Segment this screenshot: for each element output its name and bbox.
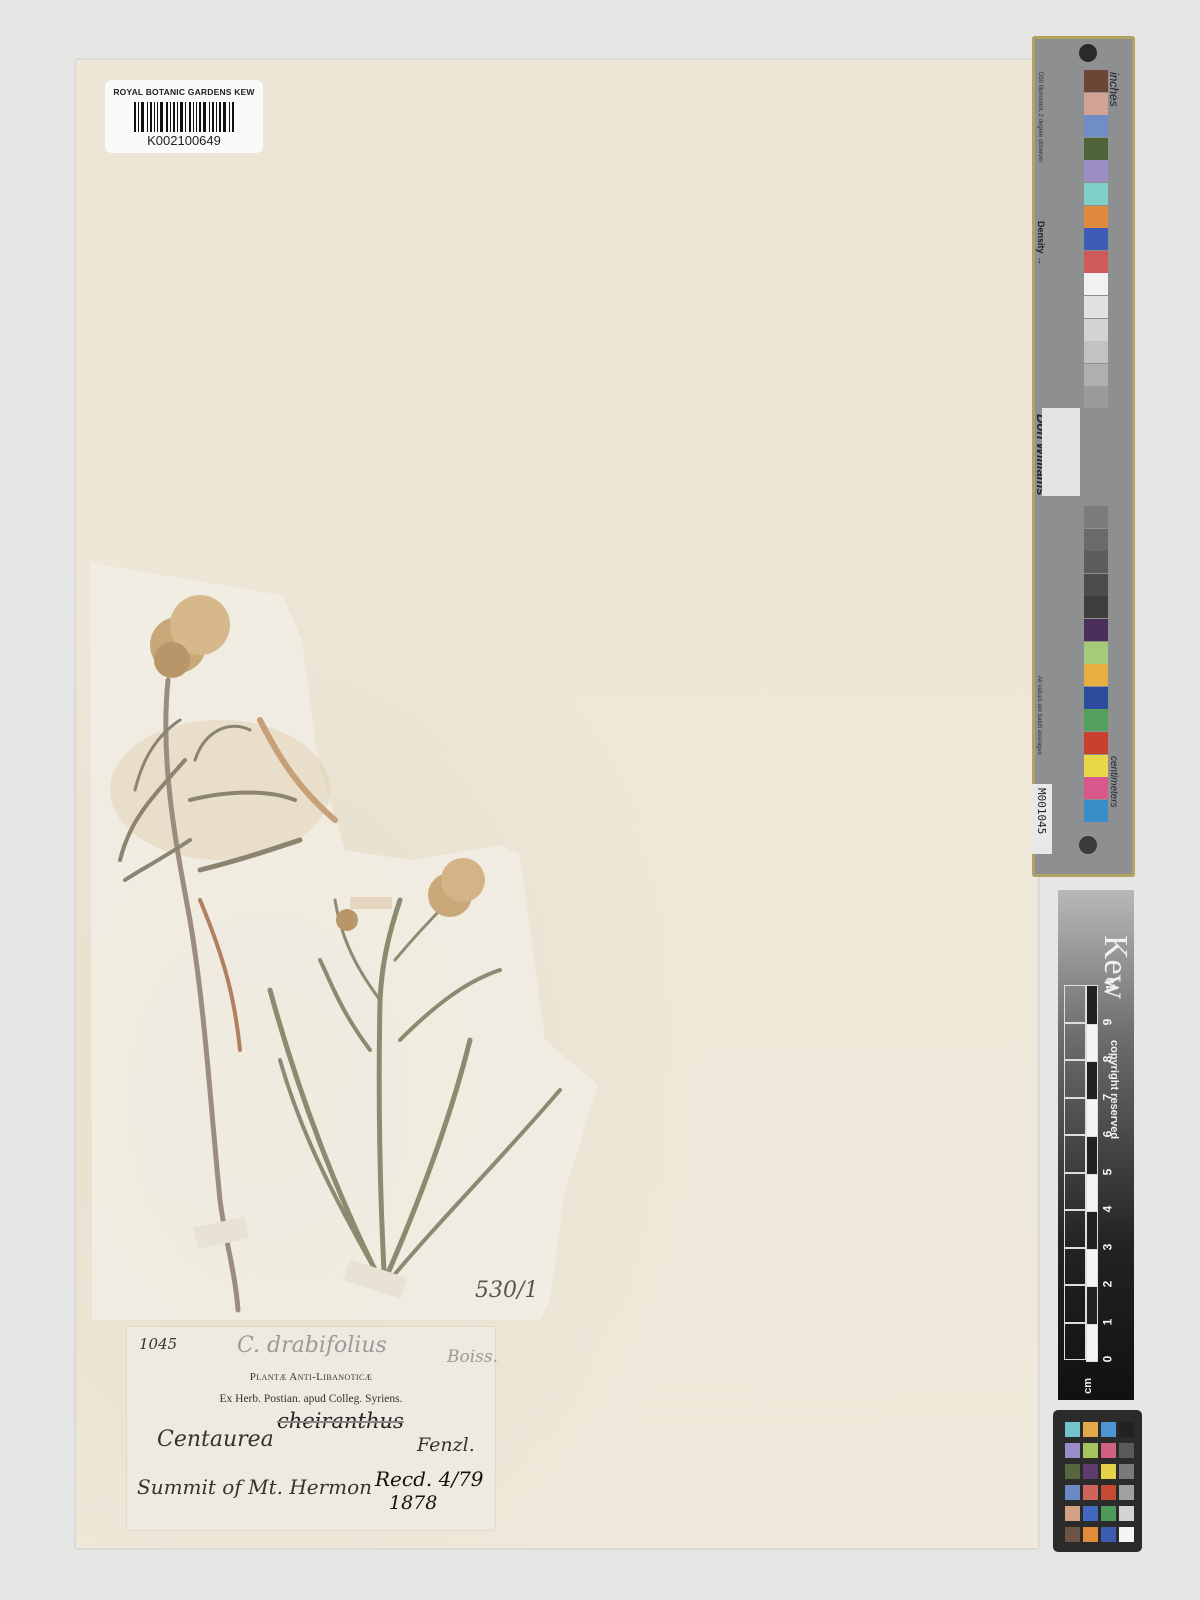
checker-chip xyxy=(1119,1506,1134,1521)
punch-hole-top xyxy=(1079,44,1097,62)
density-label: Density → xyxy=(1036,221,1046,265)
pencil-annotation: C. drabifolius xyxy=(237,1333,387,1358)
locality: Summit of Mt. Hermon xyxy=(137,1475,372,1499)
checker-chip xyxy=(1101,1485,1116,1500)
scale-box xyxy=(1064,1285,1086,1323)
strip-id-tag: M001045 xyxy=(1032,784,1052,854)
scale-tick-label: 8 xyxy=(1100,1056,1114,1063)
checker-chip xyxy=(1101,1422,1116,1437)
scale-tick-label: 9 xyxy=(1100,1018,1114,1025)
scale-segment xyxy=(1086,1135,1098,1175)
inches-label: inches xyxy=(1107,72,1121,107)
cm-unit: cm xyxy=(1082,1378,1094,1394)
scale-tick-label: 0 xyxy=(1100,1356,1114,1363)
color-swatch xyxy=(1084,529,1108,551)
values-note: All values are batch averages xyxy=(1036,676,1042,755)
genus-name: Centaurea xyxy=(157,1427,274,1452)
scale-tick-label: 3 xyxy=(1100,1243,1114,1250)
checker-chip xyxy=(1101,1506,1116,1521)
color-swatch xyxy=(1084,709,1108,731)
color-swatch xyxy=(1084,93,1108,115)
checker-chip xyxy=(1101,1464,1116,1479)
color-swatch xyxy=(1084,386,1108,408)
checker-chip xyxy=(1065,1485,1080,1500)
printed-title: Plantæ Anti-Libanoticæ xyxy=(127,1371,495,1383)
color-swatch xyxy=(1084,206,1108,228)
collection-year: 1878 xyxy=(389,1492,437,1514)
color-swatch xyxy=(1084,364,1108,386)
color-swatch xyxy=(1084,115,1108,137)
color-swatch xyxy=(1084,619,1108,641)
scale-box xyxy=(1064,1248,1086,1286)
scale-segment xyxy=(1086,1323,1098,1363)
scale-segment xyxy=(1086,1285,1098,1325)
scale-box xyxy=(1064,1173,1086,1211)
printed-source: Ex Herb. Postian. apud Colleg. Syriens. xyxy=(127,1393,495,1405)
color-swatch xyxy=(1084,70,1108,92)
pencil-author: Boiss. xyxy=(447,1347,498,1367)
scale-box xyxy=(1064,1023,1086,1061)
author-name: Fenzl. xyxy=(417,1434,475,1456)
color-swatch xyxy=(1084,574,1108,596)
scale-tick-label: 10 xyxy=(1104,977,1118,990)
species-epithet: cheiranthus xyxy=(277,1409,404,1433)
color-swatch xyxy=(1084,273,1108,295)
scale-segment xyxy=(1086,1098,1098,1138)
checker-chip xyxy=(1119,1485,1134,1500)
scale-box xyxy=(1064,985,1086,1023)
checker-chip xyxy=(1083,1443,1098,1458)
color-swatch xyxy=(1084,755,1108,777)
scale-tick-label: 6 xyxy=(1100,1131,1114,1138)
scale-box xyxy=(1064,1098,1086,1136)
scale-segment xyxy=(1086,1023,1098,1063)
checker-chip xyxy=(1065,1506,1080,1521)
color-swatch xyxy=(1084,777,1108,799)
scale-box xyxy=(1064,1135,1086,1173)
color-swatch xyxy=(1084,183,1108,205)
scale-segment xyxy=(1086,1173,1098,1213)
checker-chip xyxy=(1119,1527,1134,1542)
centimeters-label: centimeters xyxy=(1108,756,1119,808)
scale-tick-label: 7 xyxy=(1100,1093,1114,1100)
color-calibration-strip: inches D50 Illuminant, 2 degree observer… xyxy=(1032,36,1135,877)
checker-chip xyxy=(1065,1443,1080,1458)
checker-chip xyxy=(1083,1422,1098,1437)
color-checker-card xyxy=(1053,1410,1142,1552)
color-swatch xyxy=(1084,296,1108,318)
illuminant-note: D50 Illuminant, 2 degree observer xyxy=(1037,72,1043,162)
checker-chip xyxy=(1101,1443,1116,1458)
received-date: Recd. 4/79 xyxy=(375,1467,484,1491)
checker-chip xyxy=(1083,1506,1098,1521)
checker-chip xyxy=(1065,1464,1080,1479)
punch-hole-bottom xyxy=(1079,836,1097,854)
checker-chip xyxy=(1119,1464,1134,1479)
checker-chip xyxy=(1083,1464,1098,1479)
color-swatch xyxy=(1084,160,1108,182)
scale-segment xyxy=(1086,985,1098,1025)
scale-tick-label: 5 xyxy=(1100,1168,1114,1175)
color-swatch xyxy=(1084,319,1108,341)
mini-grayscale xyxy=(1042,408,1080,496)
checker-chip xyxy=(1083,1527,1098,1542)
checker-chip xyxy=(1119,1422,1134,1437)
color-swatch xyxy=(1084,551,1108,573)
scale-box xyxy=(1064,1060,1086,1098)
color-swatch xyxy=(1084,732,1108,754)
scale-tick-label: 4 xyxy=(1100,1206,1114,1213)
scale-tick-label: 1 xyxy=(1100,1318,1114,1325)
collection-number: 1045 xyxy=(139,1335,177,1353)
color-swatch xyxy=(1084,506,1108,528)
color-swatch xyxy=(1084,596,1108,618)
specimen-label: 1045 C. drabifolius Boiss. Plantæ Anti-L… xyxy=(127,1327,495,1530)
kew-scale-bar: Kew copyright reserved 012345678910 cm xyxy=(1058,890,1134,1400)
sheet-annotation: 530/1 xyxy=(475,1278,538,1303)
color-swatch xyxy=(1084,664,1108,686)
color-swatch xyxy=(1084,341,1108,363)
scale-segment xyxy=(1086,1210,1098,1250)
color-swatch xyxy=(1084,687,1108,709)
scale-segment xyxy=(1086,1060,1098,1100)
scale-segment xyxy=(1086,1248,1098,1288)
checker-chip xyxy=(1065,1422,1080,1437)
scale-tick-label: 2 xyxy=(1100,1281,1114,1288)
scale-box xyxy=(1064,1210,1086,1248)
color-swatch xyxy=(1084,642,1108,664)
color-swatch xyxy=(1084,251,1108,273)
checker-chip xyxy=(1065,1527,1080,1542)
color-swatch xyxy=(1084,800,1108,822)
scale-box xyxy=(1064,1323,1086,1361)
checker-chip xyxy=(1119,1443,1134,1458)
color-swatch xyxy=(1084,138,1108,160)
checker-chip xyxy=(1083,1485,1098,1500)
color-swatch xyxy=(1084,228,1108,250)
checker-chip xyxy=(1101,1527,1116,1542)
